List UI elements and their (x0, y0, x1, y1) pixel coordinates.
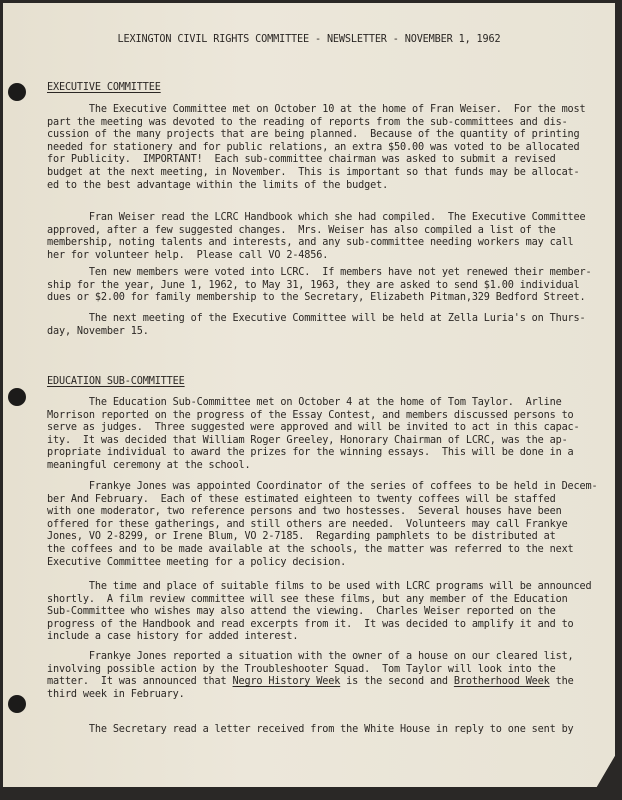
text-line: involving possible action by the Trouble… (47, 664, 556, 675)
paragraph: The Secretary read a letter received fro… (47, 724, 595, 737)
paragraph: The Education Sub-Committee met on Octob… (47, 397, 595, 473)
paragraph: Fran Weiser read the LCRC Handbook which… (47, 212, 595, 262)
paragraph: Ten new members were voted into LCRC. If… (47, 267, 595, 305)
text-fragment: is the second and (340, 676, 454, 687)
section-heading-executive: EXECUTIVE COMMITTEE (47, 82, 161, 95)
punch-hole (8, 695, 26, 713)
punch-hole (8, 83, 26, 101)
text-fragment: matter. It was announced that (47, 676, 233, 687)
newsletter-title: LEXINGTON CIVIL RIGHTS COMMITTEE - NEWSL… (3, 34, 615, 47)
paragraph: Frankye Jones was appointed Coordinator … (47, 481, 595, 569)
text-fragment: the (550, 676, 574, 687)
punch-hole (8, 388, 26, 406)
text-line: Frankye Jones reported a situation with … (47, 651, 574, 662)
paragraph: The time and place of suitable films to … (47, 581, 595, 644)
paragraph: The Executive Committee met on October 1… (47, 104, 595, 192)
paragraph-troubleshooter: Frankye Jones reported a situation with … (47, 651, 595, 701)
section-heading-education: EDUCATION SUB-COMMITTEE (47, 376, 185, 389)
brotherhood-week: Brotherhood Week (454, 676, 550, 687)
newsletter-page: LEXINGTON CIVIL RIGHTS COMMITTEE - NEWSL… (3, 3, 615, 787)
paragraph: The next meeting of the Executive Commit… (47, 313, 595, 338)
text-line: third week in February. (47, 689, 185, 700)
negro-history-week: Negro History Week (233, 676, 341, 687)
